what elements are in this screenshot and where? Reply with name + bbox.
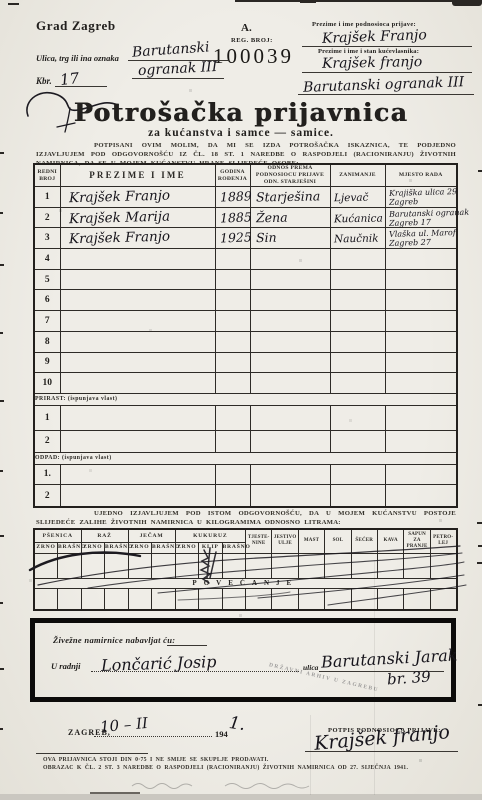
scan-artifact (477, 522, 482, 524)
person-occupation: Ljevač (330, 192, 368, 205)
col-jestivo-ulje: JESTIVO ULJE (272, 529, 298, 553)
applicant-name-label: Prezime i ime podnosioca prijave: (312, 21, 416, 28)
fill-line (302, 46, 472, 47)
scan-artifact (0, 332, 3, 334)
fill-line (298, 94, 474, 95)
applicant-name-handwriting: Krajšek Franjo (322, 27, 427, 47)
col-mast: MAST (298, 529, 324, 553)
scan-artifact (0, 728, 3, 730)
scan-artifact (478, 170, 482, 172)
col-header-year: GODINA ROĐENJA (215, 164, 250, 187)
person-relation: Starješina (250, 188, 319, 204)
purchase-heading: Živežne namirnice nabavljat ću: (53, 635, 175, 645)
persons-table-header: REDNI BROJ PREZIME I IME GODINA ROĐENJA … (34, 164, 457, 187)
person-occupation: Kućanica (330, 212, 382, 225)
scan-noise (0, 0, 1, 1)
table-row: 4 (34, 249, 457, 270)
scan-artifact (0, 400, 4, 402)
scan-artifact (0, 794, 482, 800)
persons-table: REDNI BROJ PREZIME I IME GODINA ROĐENJA … (33, 163, 458, 508)
person-year: 1885 (215, 209, 251, 225)
col-sapun: SAPUN ZA PRANJE (404, 529, 430, 553)
table-row: 8 (34, 331, 457, 352)
col-kava: KAVA (377, 529, 403, 553)
signature-line (305, 751, 458, 752)
street-label: Ulica, trg ili ina oznaka (36, 53, 119, 63)
scan-artifact (0, 470, 3, 472)
col-sol: SOL (325, 529, 351, 553)
scan-artifact (0, 212, 3, 214)
table-row: 9 (34, 352, 457, 373)
supplies-statement: UJEDNO IZJAVLJUJEM POD ISTOM ODGOVORNOŠĆ… (36, 509, 456, 527)
col-kukuruz: KUKURUZ (175, 529, 246, 542)
year-printed: 194 (215, 729, 228, 739)
street-handwriting-1: Barutanski (132, 39, 210, 60)
reg-number-label: REG. BROJ: (231, 37, 273, 44)
purchase-box: Živežne namirnice nabavljat ću: U radnji… (30, 618, 456, 702)
person-year: 1889 (215, 188, 251, 204)
person-relation: Žena (250, 209, 287, 225)
col-jecam: JEČAM (128, 529, 175, 542)
povecanje-band: POVEĆANJE (34, 578, 457, 588)
supplies-entry-row (34, 588, 457, 610)
col-header-num: REDNI BROJ (34, 164, 60, 187)
person-occupation: Naučnik (330, 233, 378, 246)
scan-artifact (478, 545, 482, 547)
fill-line (94, 736, 212, 737)
table-row: 1 Krajšek Franjo 1889 Starješina Ljevač … (34, 187, 457, 208)
table-row: 6 (34, 290, 457, 311)
odpad-band: ODPAD: (ispunjava vlast) (34, 452, 457, 464)
scan-artifact (90, 792, 140, 794)
table-row: 1. (34, 464, 457, 484)
city-heading: Grad Zagreb (36, 18, 116, 34)
scan-artifact (477, 562, 482, 564)
reg-number-value: 100039 (213, 44, 294, 69)
col-petrolej: PETRO-LEJ (430, 529, 456, 553)
fine-print-rule (36, 753, 148, 754)
col-header-name: PREZIME I IME (60, 164, 215, 187)
scan-artifact (0, 602, 3, 604)
scanned-form-page: Grad Zagreb A. REG. BROJ: 100039 Ulica, … (0, 0, 482, 800)
table-row: 10 (34, 373, 457, 394)
table-row: 1 (34, 405, 457, 430)
year-handwriting: 1. (228, 713, 247, 735)
scan-artifact (0, 668, 4, 670)
fill-line (132, 78, 224, 79)
scan-artifact (300, 1, 316, 3)
col-secer: ŠEĆER (351, 529, 377, 553)
street-handwriting-box: Barutanski Jarak (321, 645, 458, 671)
fill-line (302, 72, 472, 73)
person-name: Krajšek Franjo (60, 229, 169, 248)
table-row: 2 (34, 430, 457, 452)
house-owner-handwriting-2: Barutanski ogranak III (303, 74, 465, 96)
shop-handwriting: Lončarić Josip (101, 652, 217, 675)
supplies-entry-row (34, 553, 457, 578)
form-title: Potrošačka prijavnica (0, 98, 482, 127)
scan-artifact (452, 0, 482, 6)
form-letter: A. (241, 22, 252, 34)
table-row: 2 Krajšek Marija 1885 Žena Kućanica Baru… (34, 207, 457, 228)
col-header-relation: ODNOS PREMA PODNOSIOCU PRIJAVE ODN. STAR… (250, 164, 330, 187)
person-relation: Sin (250, 230, 276, 245)
form-subtitle: za kućanstva i samce — samice. (0, 127, 482, 139)
shop-label: U radnji (51, 661, 81, 671)
table-row: 3 Krajšek Franjo 1925 Sin Naučnik Vlaška… (34, 228, 457, 249)
fine-print-1: OVA PRIJAVNICA STOJI DIN 0·75 I NE SMIJE… (43, 757, 269, 763)
street-handwriting-2: ogranak III (138, 59, 218, 79)
col-header-workplace: MJESTO RADA (385, 164, 457, 187)
supplies-table: PŠENICA RAŽ JEČAM KUKURUZ TJESTE-NINE JE… (33, 528, 458, 611)
scan-artifact (478, 704, 482, 706)
scan-artifact (0, 264, 4, 266)
scan-artifact (0, 152, 4, 154)
date-handwriting: 10 – II (99, 714, 148, 736)
table-row: 7 (34, 311, 457, 332)
col-raz: RAŽ (81, 529, 128, 542)
street-number-handwriting: br. 39 (386, 667, 431, 688)
col-psenica: PŠENICA (34, 529, 81, 542)
person-name: Krajšek Franjo (60, 187, 169, 206)
person-year: 1925 (215, 230, 251, 246)
table-row: 2 (34, 484, 457, 507)
scan-artifact (235, 0, 482, 2)
col-header-occupation: ZANIMANJE (330, 164, 385, 187)
house-owner-handwriting-1: Krajšek franjo (322, 54, 423, 72)
prirast-band: PRIRAST: (ispunjava vlast) (34, 393, 457, 405)
scan-artifact (8, 3, 19, 5)
fine-print-2: OBRAZAC K ČL. 2 ST. 3 NAREDBE O RASPODJE… (43, 765, 408, 771)
table-row: 5 (34, 269, 457, 290)
supplies-group-header: PŠENICA RAŽ JEČAM KUKURUZ TJESTE-NINE JE… (34, 529, 457, 542)
pencil-note-artifact (130, 778, 360, 792)
scan-artifact (0, 535, 4, 537)
person-name: Krajšek Marija (60, 208, 169, 227)
